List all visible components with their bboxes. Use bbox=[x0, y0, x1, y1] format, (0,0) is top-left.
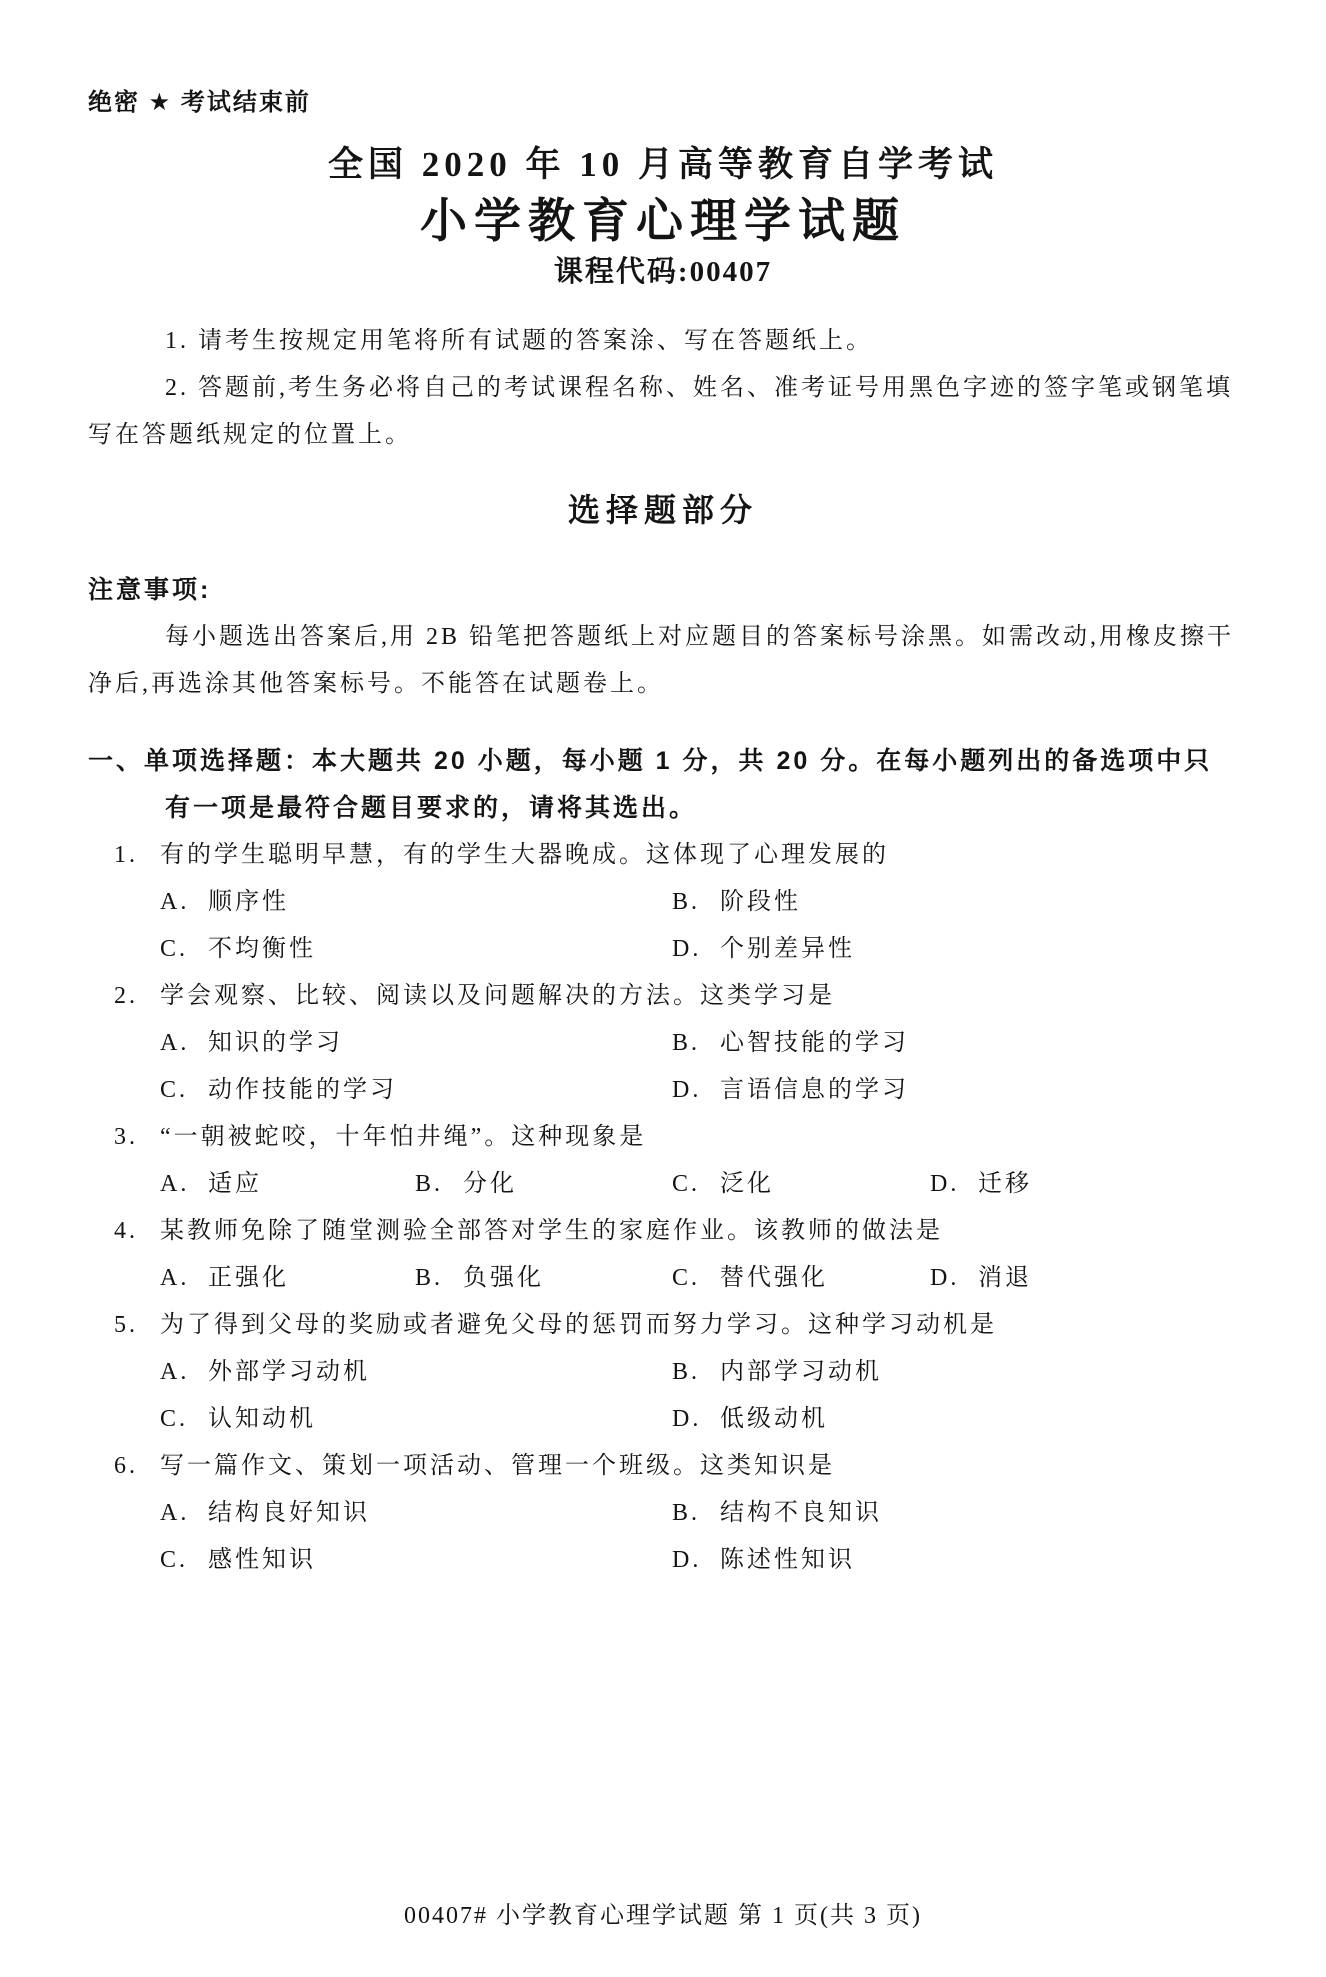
option-label: C. bbox=[160, 1537, 190, 1584]
question-number: 4. bbox=[114, 1208, 138, 1255]
option: D.消退 bbox=[930, 1255, 1238, 1302]
exam-subject-title: 小学教育心理学试题 bbox=[88, 192, 1238, 250]
instruction-item-1: 1. 请考生按规定用笔将所有试题的答案涂、写在答题纸上。 bbox=[88, 318, 1238, 365]
option-label: D. bbox=[672, 1067, 702, 1114]
option-label: B. bbox=[672, 1490, 702, 1537]
question-item: 5.为了得到父母的奖励或者避免父母的惩罚而努力学习。这种学习动机是 bbox=[88, 1302, 1238, 1349]
option: B.结构不良知识 bbox=[672, 1490, 1238, 1537]
option-text: 内部学习动机 bbox=[720, 1359, 882, 1385]
option-label: B. bbox=[415, 1255, 445, 1302]
option-text: 负强化 bbox=[463, 1265, 544, 1291]
question-stem: 写一篇作文、策划一项活动、管理一个班级。这类知识是 bbox=[160, 1453, 835, 1479]
part-one-header: 一、单项选择题：本大题共 20 小题，每小题 1 分，共 20 分。在每小题列出… bbox=[88, 738, 1238, 832]
option-text: 分化 bbox=[463, 1171, 517, 1197]
question-number: 3. bbox=[114, 1114, 138, 1161]
question-number: 1. bbox=[114, 832, 138, 879]
page-footer: 00407# 小学教育心理学试题 第 1 页(共 3 页) bbox=[0, 1893, 1326, 1940]
question-number: 6. bbox=[114, 1443, 138, 1490]
option-text: 陈述性知识 bbox=[720, 1547, 855, 1573]
option-text: 阶段性 bbox=[720, 889, 801, 915]
option: C.不均衡性 bbox=[160, 926, 672, 973]
question-item: 1.有的学生聪明早慧，有的学生大器晚成。这体现了心理发展的 bbox=[88, 832, 1238, 879]
option: D.陈述性知识 bbox=[672, 1537, 1238, 1584]
option-label: C. bbox=[160, 926, 190, 973]
option-text: 适应 bbox=[208, 1171, 262, 1197]
option: B.心智技能的学习 bbox=[672, 1020, 1238, 1067]
instruction-item-2: 2. 答题前,考生务必将自己的考试课程名称、姓名、准考证号用黑色字迹的签字笔或钢… bbox=[88, 365, 1238, 459]
question-stem: 有的学生聪明早慧，有的学生大器晚成。这体现了心理发展的 bbox=[160, 842, 889, 868]
option-label: D. bbox=[930, 1161, 960, 1208]
option: B.阶段性 bbox=[672, 879, 1238, 926]
option: C.感性知识 bbox=[160, 1537, 672, 1584]
option: D.低级动机 bbox=[672, 1396, 1238, 1443]
option-text: 不均衡性 bbox=[208, 936, 316, 962]
option: B.分化 bbox=[415, 1161, 672, 1208]
option-label: A. bbox=[160, 1020, 190, 1067]
options-row: A.顺序性B.阶段性C.不均衡性D.个别差异性 bbox=[88, 879, 1238, 973]
option-label: B. bbox=[672, 1349, 702, 1396]
option-text: 顺序性 bbox=[208, 889, 289, 915]
option: C.泛化 bbox=[672, 1161, 930, 1208]
notes-body: 每小题选出答案后,用 2B 铅笔把答题纸上对应题目的答案标号涂黑。如需改动,用橡… bbox=[88, 614, 1238, 708]
options-row: A.正强化B.负强化C.替代强化D.消退 bbox=[88, 1255, 1238, 1302]
option-label: D. bbox=[672, 926, 702, 973]
option: A.结构良好知识 bbox=[160, 1490, 672, 1537]
option-text: 个别差异性 bbox=[720, 936, 855, 962]
option-label: B. bbox=[672, 879, 702, 926]
option-label: A. bbox=[160, 879, 190, 926]
option: C.动作技能的学习 bbox=[160, 1067, 672, 1114]
option-text: 心智技能的学习 bbox=[720, 1030, 909, 1056]
option: D.言语信息的学习 bbox=[672, 1067, 1238, 1114]
option-label: A. bbox=[160, 1349, 190, 1396]
options-row: A.适应B.分化C.泛化D.迁移 bbox=[88, 1161, 1238, 1208]
question-item: 2.学会观察、比较、阅读以及问题解决的方法。这类学习是 bbox=[88, 973, 1238, 1020]
option: B.负强化 bbox=[415, 1255, 672, 1302]
option-label: D. bbox=[672, 1396, 702, 1443]
option-label: A. bbox=[160, 1255, 190, 1302]
option-label: C. bbox=[160, 1067, 190, 1114]
option: C.替代强化 bbox=[672, 1255, 930, 1302]
option: A.知识的学习 bbox=[160, 1020, 672, 1067]
option-text: 外部学习动机 bbox=[208, 1359, 370, 1385]
option-text: 迁移 bbox=[978, 1171, 1032, 1197]
question-stem: “一朝被蛇咬，十年怕井绳”。这种现象是 bbox=[160, 1124, 646, 1150]
secrecy-banner: 绝密 ★ 考试结束前 bbox=[88, 88, 1238, 118]
option-text: 泛化 bbox=[720, 1171, 774, 1197]
option-label: C. bbox=[672, 1161, 702, 1208]
question-number: 5. bbox=[114, 1302, 138, 1349]
section-title: 选择题部分 bbox=[88, 487, 1238, 533]
option-label: C. bbox=[672, 1255, 702, 1302]
general-instructions: 1. 请考生按规定用笔将所有试题的答案涂、写在答题纸上。 2. 答题前,考生务必… bbox=[88, 318, 1238, 459]
notes-label: 注意事项: bbox=[88, 567, 1238, 614]
exam-title: 全国 2020 年 10 月高等教育自学考试 bbox=[88, 142, 1238, 188]
option-label: D. bbox=[930, 1255, 960, 1302]
option: D.个别差异性 bbox=[672, 926, 1238, 973]
option-label: B. bbox=[672, 1020, 702, 1067]
option: A.外部学习动机 bbox=[160, 1349, 672, 1396]
notes-section: 注意事项: 每小题选出答案后,用 2B 铅笔把答题纸上对应题目的答案标号涂黑。如… bbox=[88, 567, 1238, 708]
option-label: A. bbox=[160, 1161, 190, 1208]
option: A.适应 bbox=[160, 1161, 415, 1208]
option-text: 替代强化 bbox=[720, 1265, 828, 1291]
option-text: 正强化 bbox=[208, 1265, 289, 1291]
option-label: A. bbox=[160, 1490, 190, 1537]
option-label: C. bbox=[160, 1396, 190, 1443]
option: A.顺序性 bbox=[160, 879, 672, 926]
question-item: 4.某教师免除了随堂测验全部答对学生的家庭作业。该教师的做法是 bbox=[88, 1208, 1238, 1255]
option-text: 结构不良知识 bbox=[720, 1500, 882, 1526]
option: B.内部学习动机 bbox=[672, 1349, 1238, 1396]
question-stem: 为了得到父母的奖励或者避免父母的惩罚而努力学习。这种学习动机是 bbox=[160, 1312, 997, 1338]
option-text: 知识的学习 bbox=[208, 1030, 343, 1056]
option: D.迁移 bbox=[930, 1161, 1238, 1208]
question-stem: 学会观察、比较、阅读以及问题解决的方法。这类学习是 bbox=[160, 983, 835, 1009]
option-text: 感性知识 bbox=[208, 1547, 316, 1573]
question-number: 2. bbox=[114, 973, 138, 1020]
option-text: 消退 bbox=[978, 1265, 1032, 1291]
option: A.正强化 bbox=[160, 1255, 415, 1302]
option-text: 言语信息的学习 bbox=[720, 1077, 909, 1103]
exam-page: 绝密 ★ 考试结束前 全国 2020 年 10 月高等教育自学考试 小学教育心理… bbox=[0, 0, 1326, 1977]
option-text: 低级动机 bbox=[720, 1406, 828, 1432]
question-list: 1.有的学生聪明早慧，有的学生大器晚成。这体现了心理发展的A.顺序性B.阶段性C… bbox=[88, 832, 1238, 1584]
options-row: A.结构良好知识B.结构不良知识C.感性知识D.陈述性知识 bbox=[88, 1490, 1238, 1584]
option-text: 动作技能的学习 bbox=[208, 1077, 397, 1103]
options-row: A.知识的学习B.心智技能的学习C.动作技能的学习D.言语信息的学习 bbox=[88, 1020, 1238, 1114]
option: C.认知动机 bbox=[160, 1396, 672, 1443]
options-row: A.外部学习动机B.内部学习动机C.认知动机D.低级动机 bbox=[88, 1349, 1238, 1443]
option-label: D. bbox=[672, 1537, 702, 1584]
option-text: 认知动机 bbox=[208, 1406, 316, 1432]
option-text: 结构良好知识 bbox=[208, 1500, 370, 1526]
question-stem: 某教师免除了随堂测验全部答对学生的家庭作业。该教师的做法是 bbox=[160, 1218, 943, 1244]
option-label: B. bbox=[415, 1161, 445, 1208]
question-item: 6.写一篇作文、策划一项活动、管理一个班级。这类知识是 bbox=[88, 1443, 1238, 1490]
course-code: 课程代码:00407 bbox=[88, 252, 1238, 292]
question-item: 3.“一朝被蛇咬，十年怕井绳”。这种现象是 bbox=[88, 1114, 1238, 1161]
